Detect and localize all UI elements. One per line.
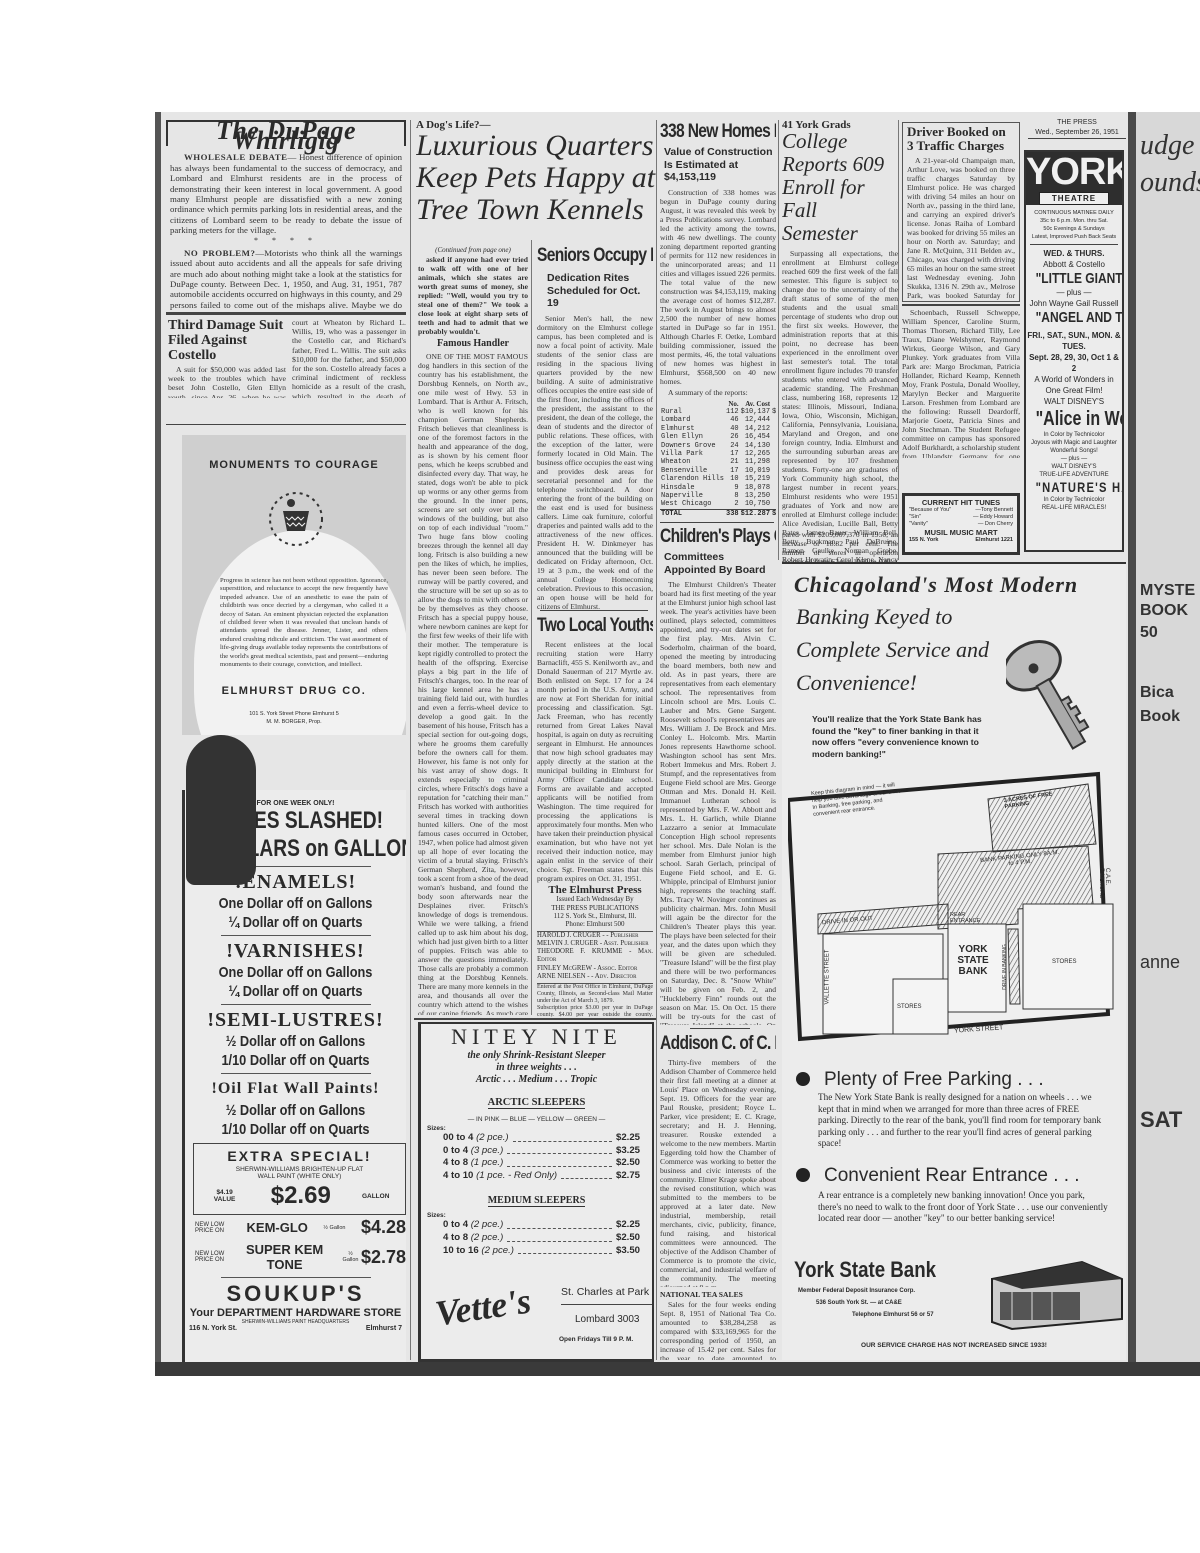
article-headline: NATIONAL TEA SALES [660,1290,776,1300]
list-item: "Sin"— Eddy Howard [909,514,1013,521]
costello-article: Third Damage Suit Filed Against Costello… [168,318,286,398]
article-subhead: Dedication Rites Scheduled for Oct. 19 [537,272,653,310]
staff-line: THEODORE F. KRUMME - Man. Editor [537,948,653,964]
price-row: NEW LOW PRICE ONSUPER KEM TONE½ Gallon$2… [185,1240,406,1274]
film-title: "Alice in Wonderland" [1036,407,1113,431]
tea-article-cont: pared with $209,007,376 in 1950, an incr… [782,530,898,566]
table-row: Hinsdale918,078162,700 [660,484,776,492]
kennels-article: (Continued from page one) asked if anyon… [418,245,528,1015]
seniors-article: Seniors Occupy New Dormitory On Local Ca… [537,244,653,609]
theatre-logo: YORK THEATRE [1026,152,1122,205]
mortar-pestle-icon [268,491,324,547]
list-item: "Vanity"— Don Cherry [909,521,1013,528]
tea-article: NATIONAL TEA SALES Sales for the four we… [660,1290,776,1360]
article-subhead: Value of Construction Is Estimated at $4… [660,146,776,184]
discount-line: ½ Dollar off on Gallons [202,1032,390,1051]
price: $3.50 [616,1245,640,1258]
feature-heading: Plenty of Free Parking . . . [796,1068,1044,1092]
staff-line: MELVIN J. CRUGER - Asst. Publisher [537,940,653,948]
homes-article: 338 New Homes Begun in DuPage County in … [660,120,776,515]
article-headline: Addison C. of C. Hears Reports [660,1032,755,1056]
army-article: Two Local Youths Enlist in Army Recent e… [537,614,653,884]
table-row: Elmhurst4014,212568,500 [660,425,776,433]
section-rule [166,312,406,315]
price-row: 0 to 4 (3 pce.)$3.25 [421,1145,652,1158]
article-headline: Driver Booked on 3 Traffic Charges [907,125,1015,153]
store-name: ELMHURST DRUG CO. [182,685,406,697]
page-gutter [1128,112,1136,1374]
music-store-ad: CURRENT HIT TUNES "Because of You"—Tony … [902,493,1020,555]
table-row: Clarendon Hills1015,219152,190 [660,475,776,483]
whirligig-item: WHOLESALE DEBATE— Honest difference of o… [166,146,406,235]
ad-title: MONUMENTS TO COURAGE [182,459,406,471]
price-row: 4 to 8 (1 pce.)$2.50 [421,1157,652,1170]
price: $2.78 [361,1247,406,1268]
category-name: !Oil Flat Wall Paints! [185,1077,406,1101]
ad-body: Progress in science has not been without… [220,577,388,669]
article-headline: Third Damage Suit Filed Against Costello [168,318,286,363]
price: $3.25 [616,1145,640,1158]
table-row: Villa Park1712,265208,050 [660,450,776,458]
paint-category: !SEMI-LUSTRES!½ Dollar off on Gallons1/1… [185,1008,406,1074]
kennels-headline: A Dog's Life?— Luxurious Quarters Keep P… [416,120,656,245]
article-subhead: Committees Appointed By Board [660,551,776,576]
article-headline: Luxurious Quarters Keep Pets Happy at Tr… [416,130,656,226]
bank-building-illustration [982,1254,1124,1334]
key-icon [1006,619,1116,754]
bank-name: York State Bank [794,1257,936,1283]
separator: * * * * [166,236,406,246]
section-rule [166,424,406,425]
price-row: 4 to 10 (1 pce. - Red Only)$2.75 [421,1170,652,1183]
bank-ad: Chicagoland's Most Modern Banking Keyed … [782,562,1126,1360]
whirligig-item: NO PROBLEM?—Motorists who think all the … [166,246,406,310]
price: $2.50 [616,1157,640,1170]
masthead-box: The Elmhurst Press Issued Each Wednesday… [537,885,653,1017]
discount-line: One Dollar off on Gallons [202,894,390,913]
homes-summary-table: No.Av. CostTotal Value Rural112$10,137$1… [660,400,776,516]
page-header: THE PRESS Wed., September 26, 1951 [1028,118,1126,140]
addison-article: Addison C. of C. Hears Reports Thirty-fi… [660,1032,776,1287]
bullet-icon [796,1168,810,1182]
theatre-ad: YORK THEATRE CONTINUOUS MATINEE DAILY35c… [1024,150,1124,552]
article-subhead: Famous Handler [418,339,528,349]
price: $2.25 [616,1132,640,1145]
film-title: "LITTLE GIANT" [1036,270,1113,287]
table-row: Bensenville1710,019170,300 [660,467,776,475]
price-row: 00 to 4 (2 pce.)$2.25 [421,1132,652,1145]
whirligig-column: The DuPage Whirligig WHOLESALE DEBATE— H… [166,120,406,310]
price: $2.25 [616,1219,640,1232]
table-row: Lombard4612,444527,444 [660,416,776,424]
table-row: Naperville813,250106,000 [660,492,776,500]
store-name: MUSIL MUSIC MART [909,528,1013,537]
college-article: 41 York Grads College Reports 609 Enroll… [782,120,898,565]
drug-store-ad: MONUMENTS TO COURAGE Progress in science… [182,435,406,735]
table-row: Rural112$10,137$1,135,380 [660,408,776,416]
college-article-cont: Schoenbach, Russell Schweppe, William Sp… [902,308,1020,458]
product-name: SUPER KEM TONE [229,1242,340,1272]
staff-line: HAROLD J. CRUGER - - Publisher [537,932,653,940]
price-row: 4 to 8 (2 pce.)$2.50 [421,1232,652,1245]
discount-line: ½ Dollar off on Gallons [202,1101,390,1120]
article-headline: Two Local Youths Enlist in Army [537,614,632,638]
extra-special-box: EXTRA SPECIAL! SHERWIN-WILLIAMS BRIGHTEN… [193,1143,406,1215]
driver-article: Driver Booked on 3 Traffic Charges A 21-… [902,122,1020,302]
list-item: "Because of You"—Tony Bennett [909,507,1013,514]
film-title: "ANGEL AND THE BADMAN" [1036,309,1113,326]
article-headline: Seniors Occupy New Dormitory On Local Ca… [537,244,632,268]
special-price: $2.69 [271,1182,331,1210]
film-title: "NATURE'S HALF ACRE" [1036,479,1113,496]
article-headline: Children's Plays Chosen for Year [660,525,755,549]
category-name: !VARNISHES! [185,939,406,963]
bullet-icon [796,1072,810,1086]
table-row: Glen Ellyn2616,454427,800 [660,433,776,441]
scan-blemish [186,735,256,885]
category-name: !SEMI-LUSTRES! [185,1008,406,1032]
costello-article-cont: court at Wheaton by Richard L. Willis, 1… [292,318,406,398]
price-row: NEW LOW PRICE ONKEM-GLO½ Gallon$4.28 [185,1215,406,1240]
price: $2.50 [616,1232,640,1245]
paint-category: !VARNISHES!One Dollar off on Gallons¼ Do… [185,939,406,1005]
price: $2.75 [616,1170,640,1183]
discount-line: 1/10 Dollar off on Quarts [202,1051,390,1070]
staff-line: ARNE NIELSEN - - Adv. Director [537,973,653,981]
price: $4.28 [361,1217,406,1238]
discount-line: One Dollar off on Gallons [202,963,390,982]
article-headline: College Reports 609 Enroll for Fall Seme… [782,130,898,245]
ad-title: NITEY NITE [421,1024,652,1050]
table-total-row: TOTAL338$12,287$4,153,119 [660,509,776,515]
ad-footer: OUR SERVICE CHARGE HAS NOT INCREASED SIN… [782,1342,1126,1349]
paint-category: !Oil Flat Wall Paints!½ Dollar off on Ga… [185,1077,406,1139]
plays-article: Children's Plays Chosen for Year Committ… [660,525,776,1025]
whirligig-title: The DuPage Whirligig [166,120,406,146]
page-edge [155,112,161,1374]
discount-line: 1/10 Dollar off on Quarts [202,1120,390,1139]
discount-line: ¼ Dollar off on Quarts [202,913,390,932]
ad-banner: Chicagoland's Most Modern [794,572,1078,598]
price-row: 0 to 4 (2 pce.)$2.25 [421,1219,652,1232]
sleeper-ad: NITEY NITE the only Shrink-Resistant Sle… [418,1022,654,1362]
table-row: Wheaton2111,298237,350 [660,458,776,466]
adjacent-page-fragment: udge F ounds MYSTE BOOK 50 Bica Book SAT… [1136,112,1200,1374]
store-logo: Vette's [433,1280,534,1335]
scan-border [155,1362,1200,1376]
product-name: KEM-GLO [247,1220,308,1235]
table-row: Downers Grove2414,130339,075 [660,442,776,450]
store-name: SOUKUP'S [185,1281,406,1307]
article-headline: 338 New Homes Begun in DuPage County in … [660,120,755,144]
feature-heading: Convenient Rear Entrance . . . [796,1164,1080,1188]
discount-line: ¼ Dollar off on Quarts [202,982,390,1001]
staff-line: FINLEY McGREW - Assoc. Editor [537,965,653,973]
price-row: 10 to 16 (2 pce.)$3.50 [421,1245,652,1258]
table-row: West Chicago210,75021,500 [660,500,776,509]
